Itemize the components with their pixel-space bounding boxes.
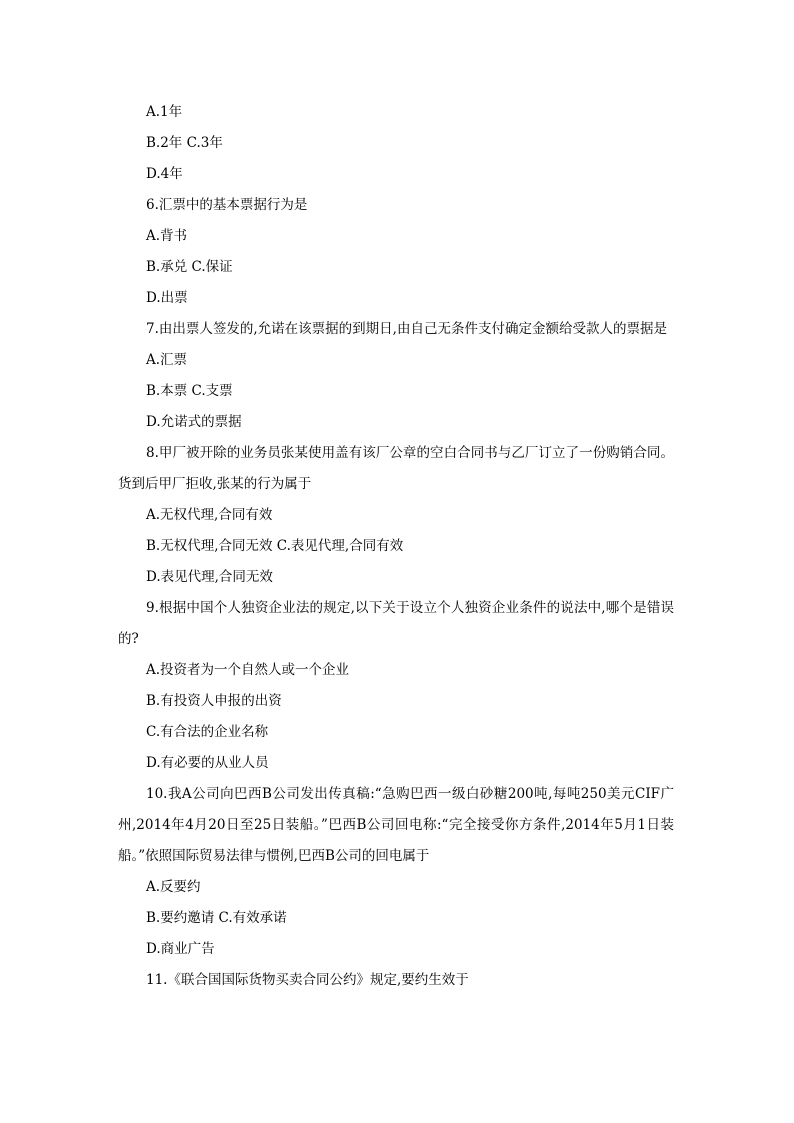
q8-option-a: A.无权代理,合同有效 <box>118 500 674 531</box>
q9-option-a: A.投资者为一个自然人或一个企业 <box>118 655 674 686</box>
question-8: 8.甲厂被开除的业务员张某使用盖有该厂公章的空白合同书与乙厂订立了一份购销合同。… <box>118 438 674 500</box>
q10-option-b-c: B.要约邀请 C.有效承诺 <box>118 903 674 934</box>
q8-option-b-c: B.无权代理,合同无效 C.表见代理,合同有效 <box>118 531 674 562</box>
q10-option-d: D.商业广告 <box>118 934 674 965</box>
q9-option-c: C.有合法的企业名称 <box>118 717 674 748</box>
q7-option-d: D.允诺式的票据 <box>118 407 674 438</box>
question-6: 6.汇票中的基本票据行为是 <box>118 190 674 221</box>
q6-option-d: D.出票 <box>118 283 674 314</box>
question-7: 7.由出票人签发的,允诺在该票据的到期日,由自己无条件支付确定金额给受款人的票据… <box>118 314 674 345</box>
q7-option-b-c: B.本票 C.支票 <box>118 376 674 407</box>
q10-option-a: A.反要约 <box>118 872 674 903</box>
q9-option-d: D.有必要的从业人员 <box>118 748 674 779</box>
document-page: A.1年 B.2年 C.3年 D.4年 6.汇票中的基本票据行为是 A.背书 B… <box>118 97 674 996</box>
q5-option-a: A.1年 <box>118 97 674 128</box>
q6-option-a: A.背书 <box>118 221 674 252</box>
q9-option-b: B.有投资人申报的出资 <box>118 686 674 717</box>
question-10: 10.我A公司向巴西B公司发出传真稿:“急购巴西一级白砂糖200吨,每吨250美… <box>118 779 674 872</box>
q6-option-b-c: B.承兑 C.保证 <box>118 252 674 283</box>
q8-option-d: D.表见代理,合同无效 <box>118 562 674 593</box>
question-9: 9.根据中国个人独资企业法的规定,以下关于设立个人独资企业条件的说法中,哪个是错… <box>118 593 674 655</box>
q7-option-a: A.汇票 <box>118 345 674 376</box>
q5-option-d: D.4年 <box>118 159 674 190</box>
question-11: 11.《联合国国际货物买卖合同公约》规定,要约生效于 <box>118 965 674 996</box>
q5-option-b-c: B.2年 C.3年 <box>118 128 674 159</box>
